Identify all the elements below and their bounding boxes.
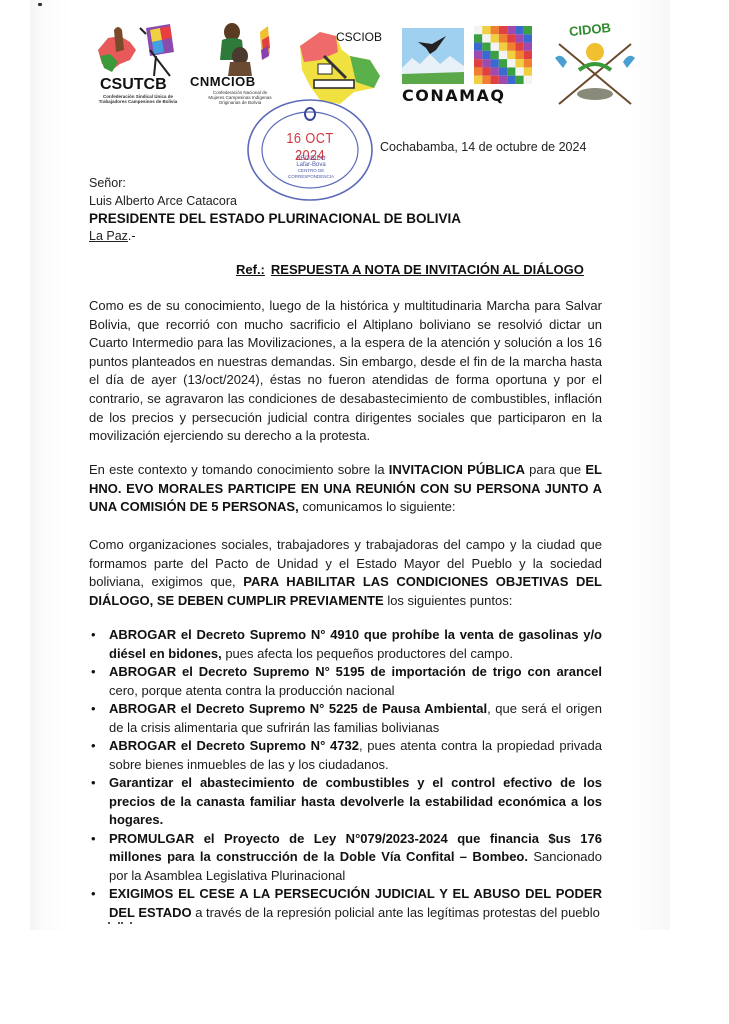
cnmciob-emblem-icon xyxy=(204,20,284,76)
cnmciob-logo: CNMCIOB Confederación Nacional de Mujere… xyxy=(190,20,290,108)
conamaq-emblem-icon xyxy=(400,24,535,88)
list-item: PROMULGAR el Proyecto de Ley N°079/2023-… xyxy=(89,830,602,886)
cidob-logo: CIDOB xyxy=(545,18,645,108)
ref-text: RESPUESTA A NOTA DE INVITACIÓN AL DIÁLOG… xyxy=(271,262,584,277)
place-and-date: Cochabamba, 14 de octubre de 2024 xyxy=(380,140,586,154)
csciob-name: CSCIOB xyxy=(336,30,382,44)
csutcb-logo: CSUTCB Confederación Sindical Única de T… xyxy=(90,20,190,108)
paragraph-demands-intro: Como organizaciones sociales, trabajador… xyxy=(89,536,602,610)
recipient-title: PRESIDENTE DEL ESTADO PLURINACIONAL DE B… xyxy=(89,211,461,226)
list-item: Garantizar el abastecimiento de combusti… xyxy=(89,774,602,830)
demands-list: ABROGAR el Decreto Supremo N° 4910 que p… xyxy=(89,626,602,922)
cut-off-text-fragment xyxy=(108,922,138,926)
conamaq-name: CONAMAQ xyxy=(402,86,506,105)
list-item: ABROGAR el Decreto Supremo N° 4910 que p… xyxy=(89,626,602,663)
list-item: EXIGIMOS EL CESE A LA PERSECUCIÓN JUDICI… xyxy=(89,885,602,922)
paragraph-invitation: En este contexto y tomando conocimiento … xyxy=(89,461,602,517)
cnmciob-name: CNMCIOB xyxy=(190,74,256,89)
paragraph-context: Como es de su conocimiento, luego de la … xyxy=(89,297,602,446)
ref-label: Ref.: xyxy=(236,262,265,277)
csutcb-emblem-icon xyxy=(90,20,190,80)
list-item: ABROGAR el Decreto Supremo N° 4732, pues… xyxy=(89,737,602,774)
salutation: Señor: xyxy=(89,176,126,190)
stamp-label: RECIBIDO Lafar-Bova CENTRO DE CORRESPOND… xyxy=(282,156,340,180)
recipient-name: Luis Alberto Arce Catacora xyxy=(89,194,237,208)
reference-line: Ref.:RESPUESTA A NOTA DE INVITACIÓN AL D… xyxy=(236,262,590,277)
reception-stamp: 16 OCT 2024 RECIBIDO Lafar-Bova CENTRO D… xyxy=(246,98,374,202)
conamaq-logo: CONAMAQ xyxy=(400,24,535,108)
csutcb-subtitle: Confederación Sindical Única de Trabajad… xyxy=(90,94,186,104)
csutcb-name: CSUTCB xyxy=(100,76,167,94)
list-item: ABROGAR el Decreto Supremo N° 5225 de Pa… xyxy=(89,700,602,737)
recipient-city: La Paz.- xyxy=(89,229,136,243)
scan-speck xyxy=(38,3,42,6)
list-item: ABROGAR el Decreto Supremo N° 5195 de im… xyxy=(89,663,602,700)
csciob-logo: CSCIOB xyxy=(290,20,400,110)
